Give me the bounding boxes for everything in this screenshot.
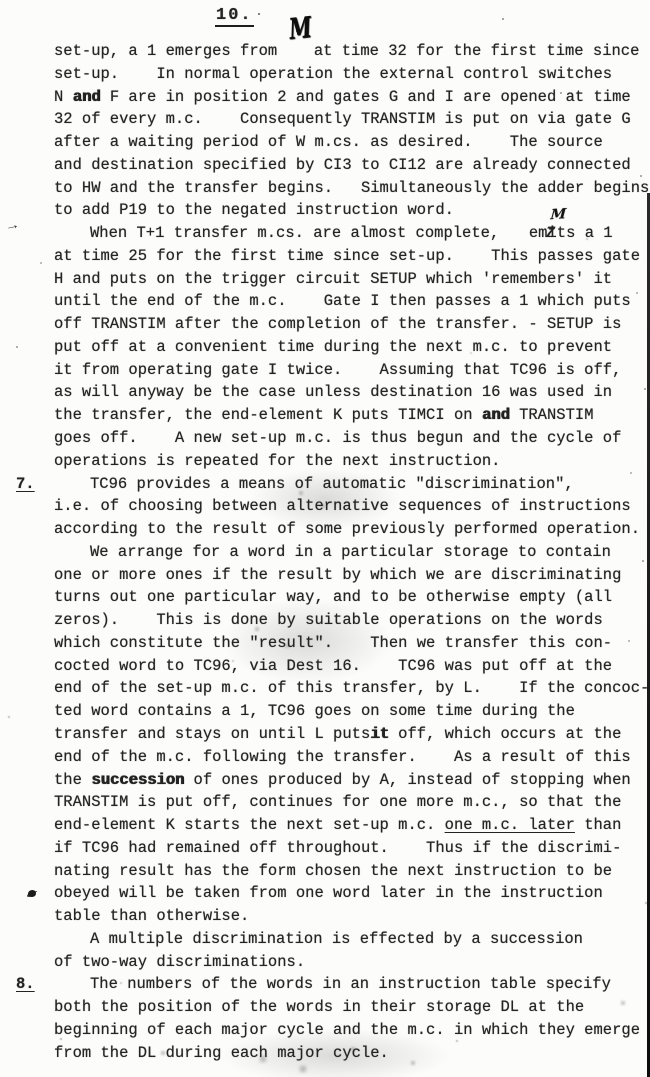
text-line: at time 25 for the first time since set-… bbox=[54, 245, 648, 268]
text-line: which constitute the "result". Then we t… bbox=[54, 632, 648, 655]
scanned-document-page: 10. → set-up, a 1 emerges from M at time… bbox=[0, 0, 650, 1077]
text-run: zeros). This is done by suitable operati… bbox=[54, 611, 603, 629]
text-run: until the end of the m.c. Gate I then pa… bbox=[54, 292, 631, 310]
text-run: set-up, a 1 emerges from bbox=[54, 42, 287, 60]
text-line: beginning of each major cycle and the m.… bbox=[54, 1019, 648, 1042]
text-line: off TRANSTIM after the completion of the… bbox=[54, 313, 648, 336]
text-line: cocted word to TC96, via Dest 16. TC96 w… bbox=[54, 655, 648, 678]
text-run: table than otherwise. bbox=[54, 907, 249, 925]
text-run: one or more ones if the result by which … bbox=[54, 566, 621, 584]
text-run: end of the set-up m.c. of this transfer,… bbox=[54, 679, 649, 697]
text-run: ted word contains a 1, TC96 goes on some… bbox=[54, 702, 575, 720]
text-run: TRANSTIM is put off, continues for one m… bbox=[54, 793, 621, 811]
text-run: turns out one particular way, and to be … bbox=[54, 588, 612, 606]
text-run: to HW and the transfer begins. Simultane… bbox=[54, 179, 649, 197]
text-run: F are in position 2 and gates G and I ar… bbox=[101, 88, 631, 106]
handwritten-m-annotation: M bbox=[513, 207, 566, 225]
page-number: 10. bbox=[215, 6, 254, 27]
text-line: goes off. A new set-up m.c. is thus begu… bbox=[54, 427, 648, 450]
text-line: one or more ones if the result by which … bbox=[54, 564, 648, 587]
section-number: 8. bbox=[16, 973, 35, 996]
text-run: end of the m.c. following the transfer. … bbox=[54, 748, 631, 766]
text-run: off, which occurs at the bbox=[389, 725, 622, 743]
text-run: end-element K starts the next set-up m.c… bbox=[54, 816, 445, 834]
text-run: it from operating gate I twice. Assuming… bbox=[54, 361, 621, 379]
text-run: TC96 provides a means of automatic "disc… bbox=[90, 475, 574, 493]
text-run: operations is repeated for the next inst… bbox=[54, 452, 500, 470]
text-line: obeyed will be taken from one word later… bbox=[54, 882, 648, 905]
text-run: transfer and stays on until L puts bbox=[54, 725, 370, 743]
text-run: The numbers of the words in an instructi… bbox=[90, 975, 611, 993]
text-run: We arrange for a word in a particular st… bbox=[90, 543, 611, 561]
text-line: H and puts on the trigger circuit SETUP … bbox=[54, 268, 648, 291]
text-run: after a waiting period of W m.cs. as des… bbox=[54, 133, 603, 151]
handwritten-ink-symbol: M bbox=[287, 41, 305, 55]
text-line: TRANSTIM is put off, continues for one m… bbox=[54, 791, 648, 814]
text-run: at time 32 for the first time since bbox=[305, 42, 640, 60]
overstruck-word: succession bbox=[91, 771, 184, 789]
text-run: beginning of each major cycle and the m.… bbox=[54, 1021, 640, 1039]
text-run: set-up. In normal operation the external… bbox=[54, 65, 612, 83]
text-run: of ones produced by A, instead of stoppi… bbox=[184, 771, 630, 789]
text-run: the bbox=[54, 771, 91, 789]
text-body: set-up, a 1 emerges from M at time 32 fo… bbox=[54, 40, 648, 1064]
text-run: according to the result of some previous… bbox=[54, 520, 640, 538]
handwritten-arrow-mark: → bbox=[7, 219, 19, 234]
text-line: to HW and the transfer begins. Simultane… bbox=[54, 177, 648, 200]
text-run: of two-way discriminations. bbox=[54, 953, 305, 971]
text-run: nating result has the form chosen the ne… bbox=[54, 862, 612, 880]
overstruck-word: and bbox=[73, 88, 101, 106]
text-line: We arrange for a word in a particular st… bbox=[54, 541, 648, 564]
text-line: if TC96 had remained off throughout. Thu… bbox=[54, 837, 648, 860]
text-run: which constitute the "result". Then we t… bbox=[54, 634, 612, 652]
text-run: as will anyway be the case unless destin… bbox=[54, 383, 612, 401]
text-run: H and puts on the trigger circuit SETUP … bbox=[54, 270, 612, 288]
text-line: operations is repeated for the next inst… bbox=[54, 450, 648, 473]
text-line: set-up, a 1 emerges from M at time 32 fo… bbox=[54, 40, 648, 63]
text-line: both the position of the words in their … bbox=[54, 996, 648, 1019]
text-line: 8.The numbers of the words in an instruc… bbox=[54, 973, 648, 996]
text-run: the transfer, the end-element K puts TIM… bbox=[54, 406, 482, 424]
text-line: according to the result of some previous… bbox=[54, 518, 648, 541]
text-line: N and F are in position 2 and gates G an… bbox=[54, 86, 648, 109]
text-line: turns out one particular way, and to be … bbox=[54, 586, 648, 609]
text-line: i.e. of choosing between alternative seq… bbox=[54, 495, 648, 518]
text-run: goes off. A new set-up m.c. is thus begu… bbox=[54, 429, 621, 447]
text-line: transfer and stays on until L putsit off… bbox=[54, 723, 648, 746]
ink-blot-mark bbox=[28, 890, 36, 897]
text-run: from the DL during each major cycle. bbox=[54, 1044, 389, 1062]
text-line: table than otherwise. bbox=[54, 905, 648, 928]
text-line: A multiple discrimination is effected by… bbox=[54, 928, 648, 951]
text-line: 7.TC96 provides a means of automatic "di… bbox=[54, 473, 648, 496]
text-line: from the DL during each major cycle. bbox=[54, 1042, 648, 1065]
text-line: put off at a convenient time during the … bbox=[54, 336, 648, 359]
text-line: the succession of ones produced by A, in… bbox=[54, 769, 648, 792]
text-run: cocted word to TC96, via Dest 16. TC96 w… bbox=[54, 657, 612, 675]
text-run: A multiple discrimination is effected by… bbox=[90, 930, 583, 948]
text-line: after a waiting period of W m.cs. as des… bbox=[54, 131, 648, 154]
text-line: set-up. In normal operation the external… bbox=[54, 63, 648, 86]
text-line: it from operating gate I twice. Assuming… bbox=[54, 359, 648, 382]
text-line: until the end of the m.c. Gate I then pa… bbox=[54, 290, 648, 313]
text-run: 32 of every m.c. Consequently TRANSTIM i… bbox=[54, 110, 631, 128]
text-line: nating result has the form chosen the ne… bbox=[54, 860, 648, 883]
text-line: end of the m.c. following the transfer. … bbox=[54, 746, 648, 769]
text-line: When T+1 transfer m.cs. are almost compl… bbox=[54, 222, 648, 245]
underlined-phrase: one m.c. later bbox=[445, 816, 575, 834]
section-number: 7. bbox=[16, 473, 35, 496]
text-run: both the position of the words in their … bbox=[54, 998, 584, 1016]
text-run: than bbox=[575, 816, 622, 834]
scan-noise-speckles bbox=[0, 0, 2, 2]
text-run: off TRANSTIM after the completion of the… bbox=[54, 315, 621, 333]
text-line: end of the set-up m.c. of this transfer,… bbox=[54, 677, 648, 700]
text-run: i.e. of choosing between alternative seq… bbox=[54, 497, 631, 515]
overstruck-word: it bbox=[370, 725, 389, 743]
text-line: 32 of every m.c. Consequently TRANSTIM i… bbox=[54, 108, 648, 131]
text-line: end-element K starts the next set-up m.c… bbox=[54, 814, 648, 837]
text-line: and destination specified by CI3 to CI12… bbox=[54, 154, 648, 177]
text-run: N bbox=[54, 88, 73, 106]
text-line: as will anyway be the case unless destin… bbox=[54, 381, 648, 404]
text-run: obeyed will be taken from one word later… bbox=[54, 884, 603, 902]
text-run: and destination specified by CI3 to CI12… bbox=[54, 156, 631, 174]
ink-symbol-glyph: M bbox=[287, 14, 312, 45]
text-run: emits a 1 bbox=[520, 224, 613, 242]
text-line: the transfer, the end-element K puts TIM… bbox=[54, 404, 648, 427]
text-line: ted word contains a 1, TC96 goes on some… bbox=[54, 700, 648, 723]
text-run: When T+1 transfer m.cs. are almost compl… bbox=[90, 224, 509, 242]
text-run: to add P19 to the negated instruction wo… bbox=[54, 201, 454, 219]
text-run: put off at a convenient time during the … bbox=[54, 338, 612, 356]
text-line: of two-way discriminations. bbox=[54, 951, 648, 974]
text-line: zeros). This is done by suitable operati… bbox=[54, 609, 648, 632]
text-run: at time 25 for the first time since set-… bbox=[54, 247, 640, 265]
text-run: if TC96 had remained off throughout. Thu… bbox=[54, 839, 621, 857]
text-run: TRANSTIM bbox=[510, 406, 594, 424]
overstruck-word: and bbox=[482, 406, 510, 424]
